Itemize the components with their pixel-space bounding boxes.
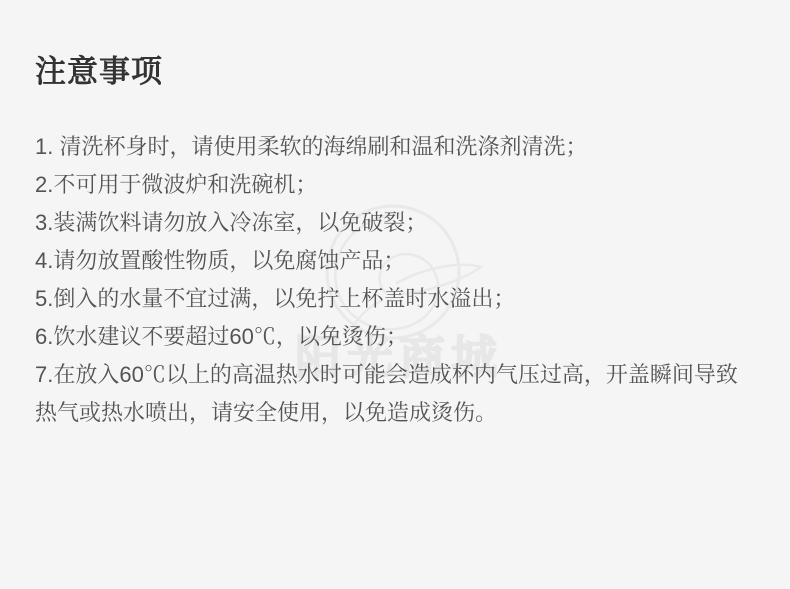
note-list: 1. 清洗杯身时，请使用柔软的海绵刷和温和洗涤剂清洗； 2.不可用于微波炉和洗碗… (35, 128, 756, 432)
note-item: 4.请勿放置酸性物质，以免腐蚀产品； (35, 242, 756, 280)
page-title: 注意事项 (35, 52, 756, 92)
note-item: 2.不可用于微波炉和洗碗机； (35, 166, 756, 204)
precautions-section: 注意事项 1. 清洗杯身时，请使用柔软的海绵刷和温和洗涤剂清洗； 2.不可用于微… (0, 0, 790, 432)
note-item: 6.饮水建议不要超过60℃，以免烫伤； (35, 318, 756, 356)
note-item: 7.在放入60℃以上的高温热水时可能会造成杯内气压过高，开盖瞬间导致热气或热水喷… (35, 356, 756, 432)
precautions-page: { "colors": { "background": "#f5f5f5", "… (0, 0, 790, 589)
note-item: 1. 清洗杯身时，请使用柔软的海绵刷和温和洗涤剂清洗； (35, 128, 756, 166)
note-item: 5.倒入的水量不宜过满，以免拧上杯盖时水溢出； (35, 280, 756, 318)
note-item: 3.装满饮料请勿放入冷冻室，以免破裂； (35, 204, 756, 242)
